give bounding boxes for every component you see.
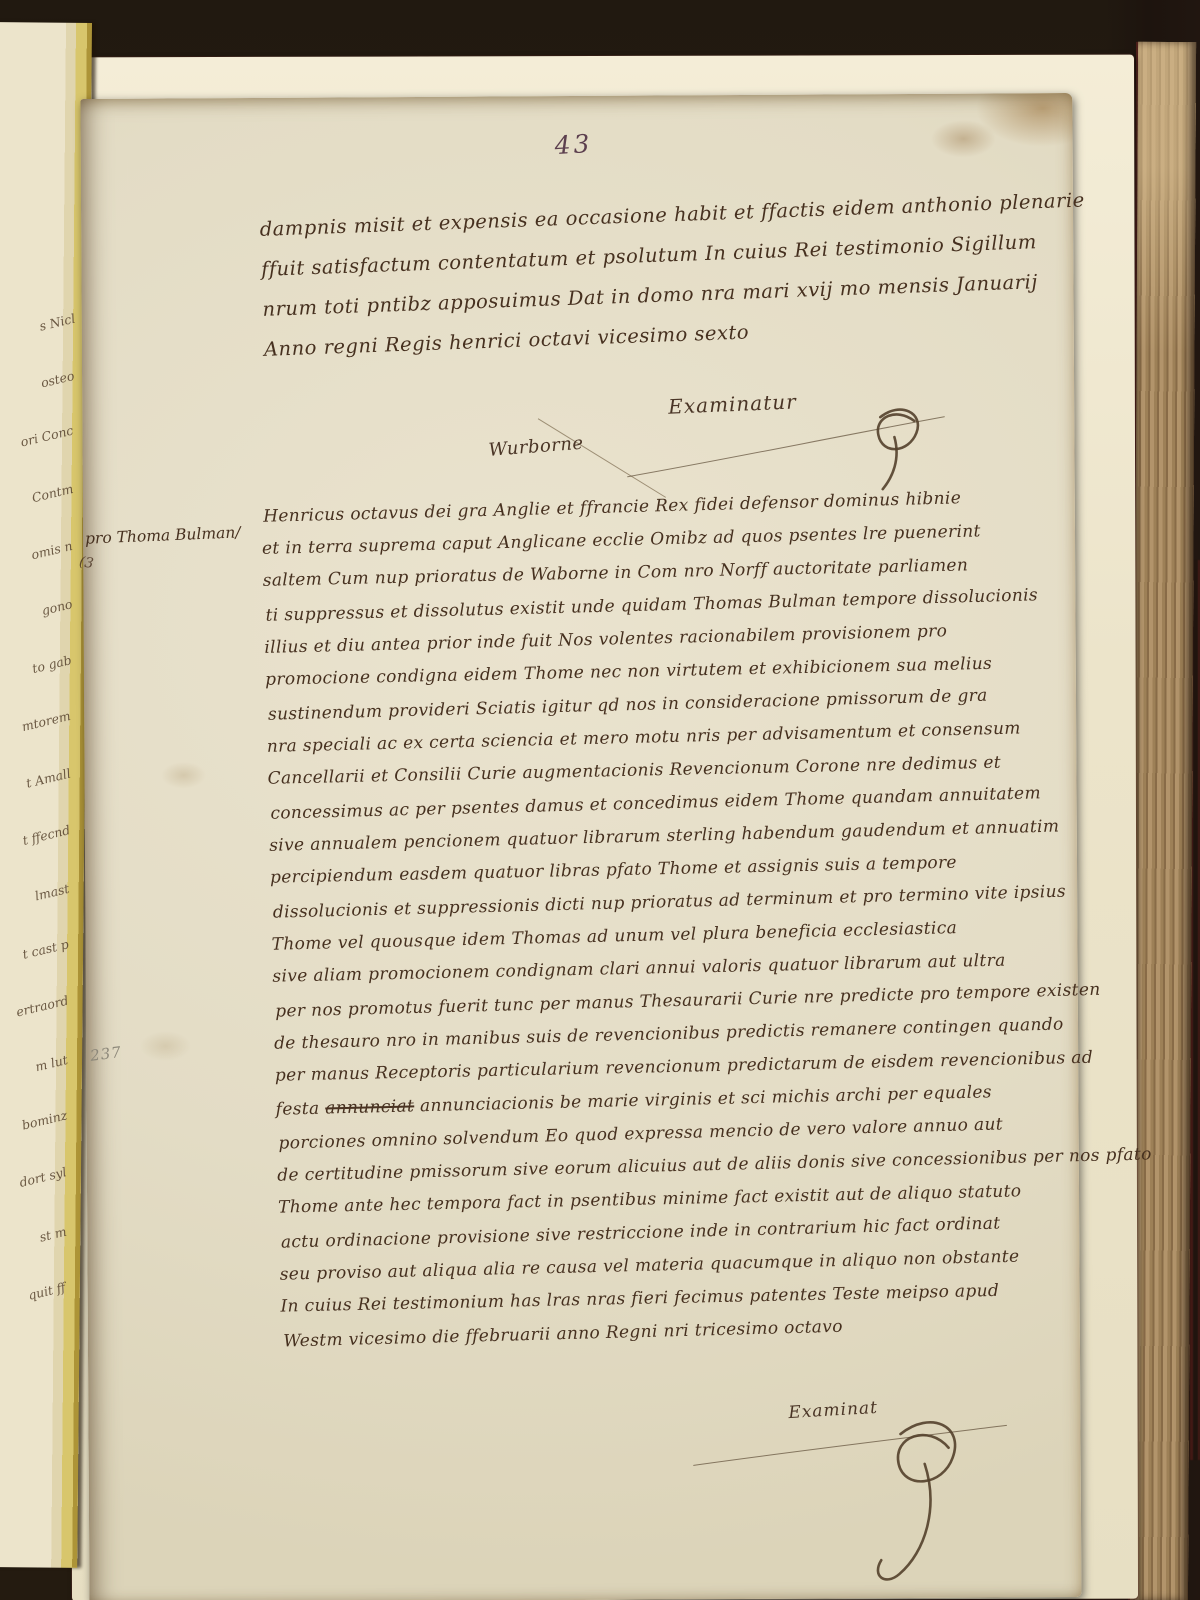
- body-lines-a: Henricus octavus dei gra Anglie et ffran…: [261, 479, 1150, 1094]
- previous-leaf-fragment: m lut: [34, 1052, 69, 1074]
- previous-leaf-fragment: s Nicl: [38, 311, 77, 334]
- previous-leaf-fragments: s Niclosteoori ConcContmomis ngonoto gab…: [12, 314, 75, 1298]
- section-heading-wurborne: Wurborne: [488, 433, 585, 461]
- previous-leaf-fragment: dort syl: [18, 1164, 68, 1190]
- previous-leaf-fragment: t cast p: [21, 936, 70, 961]
- previous-leaf-fragment: st m: [38, 1224, 68, 1245]
- previous-leaf: s Niclosteoori ConcContmomis ngonoto gab…: [0, 22, 92, 1568]
- struck-word: annunciat: [325, 1096, 414, 1118]
- folio-number: 43: [554, 129, 593, 160]
- previous-leaf-fragment: mtorem: [21, 708, 73, 734]
- previous-leaf-fragment: t Amall: [24, 766, 72, 791]
- previous-leaf-fragment: osteo: [39, 368, 75, 390]
- margin-note-pro-thoma-bulman: pro Thoma Bulman/: [85, 523, 241, 547]
- manuscript-page: 43 dampnis misit et expensis ea occasion…: [80, 93, 1081, 1600]
- manuscript-photo: s Niclosteoori ConcContmomis ngonoto gab…: [0, 0, 1200, 1600]
- previous-leaf-fragment: ori Conc: [19, 423, 75, 450]
- examined-block-bottom: Examinat: [688, 1381, 1029, 1600]
- previous-leaf-fragment: lmast: [34, 881, 71, 904]
- previous-leaf-fragment: omis n: [30, 538, 74, 562]
- examined-block-top: Examinatur: [622, 377, 953, 499]
- previous-leaf-fragment: bominz: [20, 1107, 68, 1132]
- body-text: Henricus octavus dei gra Anglie et ffran…: [261, 479, 1156, 1358]
- previous-leaf-fragment: quit ff: [27, 1279, 67, 1302]
- pencil-folio-number: 237: [89, 1043, 123, 1065]
- body-lines-b: porciones omnino solvendum Eo quod expre…: [276, 1105, 1156, 1357]
- previous-leaf-fragment: to gab: [31, 652, 73, 676]
- closing-paragraph: dampnis misit et expensis ea occasione h…: [259, 180, 1090, 369]
- previous-leaf-fragment: ertraord: [14, 993, 69, 1020]
- strike-line-before: festa: [275, 1099, 325, 1120]
- previous-leaf-fragment: Contm: [30, 481, 74, 505]
- previous-leaf-fragment: gono: [40, 596, 74, 618]
- previous-leaf-fragment: t ffecnd: [21, 822, 71, 848]
- quire-mark: (3: [78, 554, 95, 572]
